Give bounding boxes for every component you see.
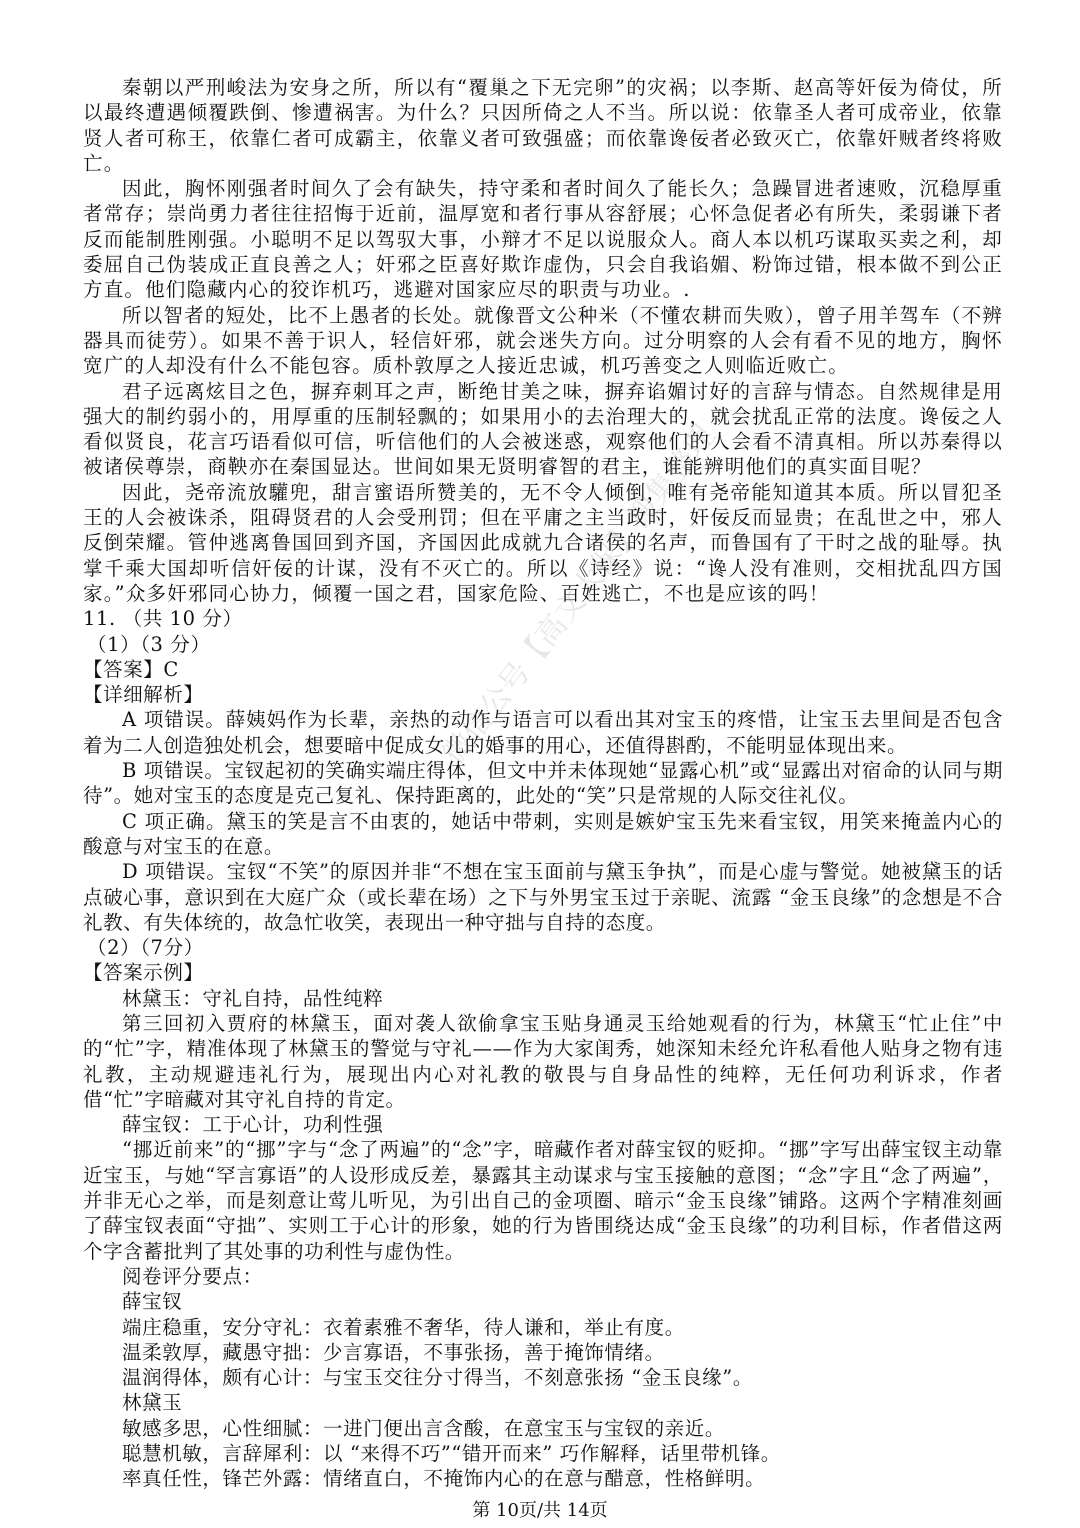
example-label: 【答案示例】: [83, 960, 1003, 985]
scoring-point: 敏感多思，心性细腻：一进门便出言含酸，在意宝玉与宝钗的亲近。: [83, 1416, 1003, 1441]
translation-paragraph: 因此，胸怀刚强者时间久了会有缺失，持守柔和者时间久了能长久；急躁冒进者速败，沉稳…: [83, 176, 1003, 302]
translation-paragraph: 所以智者的短处，比不上愚者的长处。就像晋文公种米（不懂农耕而失败），曾子用羊驾车…: [83, 303, 1003, 379]
question-title: 11. （共 10 分）: [83, 606, 1003, 631]
translation-section: 秦朝以严刑峻法为安身之所，所以有“覆巢之下无完卵”的灾祸；以李斯、赵高等奸佞为倚…: [83, 75, 1003, 606]
subquestion-2-label: （2）（7分）: [83, 935, 1003, 960]
scoring-point: 聪慧机敏，言辞犀利：以 “来得不巧”“错开而来” 巧作解释，话里带机锋。: [83, 1441, 1003, 1466]
xue-analysis: “挪近前来”的“挪”字与“念了两遍”的“念”字，暗藏作者对薛宝钗的贬抑。“挪”字…: [83, 1137, 1003, 1263]
question-11-section: 11. （共 10 分） （1）（3 分） 【答案】C 【详细解析】 A 项错误…: [83, 606, 1003, 1491]
document-page: 秦朝以严刑峻法为安身之所，所以有“覆巢之下无完卵”的灾祸；以李斯、赵高等奸佞为倚…: [83, 75, 1003, 1492]
subquestion-1-label: （1）（3 分）: [83, 632, 1003, 657]
analysis-item-b: B 项错误。宝钗起初的笑确实端庄得体，但文中并未体现她“显露心机”或“显露出对宿…: [83, 758, 1003, 809]
translation-paragraph: 君子远离炫目之色，摒弃刺耳之声，断绝甘美之味，摒弃谄媚讨好的言辞与情态。自然规律…: [83, 379, 1003, 480]
scoring-point: 端庄稳重，安分守礼：衣着素雅不奢华，待人谦和，举止有度。: [83, 1315, 1003, 1340]
answer-label: 【答案】C: [83, 657, 1003, 682]
translation-paragraph: 因此，尧帝流放驩兜，甜言蜜语所赞美的，无不令人倾倒，唯有尧帝能知道其本质。所以冒…: [83, 480, 1003, 606]
analysis-item-c: C 项正确。黛玉的笑是言不由衷的，她话中带刺，实则是嫉妒宝玉先来看宝钗，用笑来掩…: [83, 809, 1003, 860]
scoring-lin-name: 林黛玉: [83, 1390, 1003, 1415]
scoring-point: 温柔敦厚，藏愚守拙：少言寡语，不事张扬，善于掩饰情绪。: [83, 1340, 1003, 1365]
scoring-xue-name: 薛宝钗: [83, 1289, 1003, 1314]
analysis-item-a: A 项错误。薛姨妈作为长辈，亲热的动作与语言可以看出其对宝玉的疼惜，让宝玉去里间…: [83, 707, 1003, 758]
translation-paragraph: 秦朝以严刑峻法为安身之所，所以有“覆巢之下无完卵”的灾祸；以李斯、赵高等奸佞为倚…: [83, 75, 1003, 176]
analysis-item-d: D 项错误。宝钗“不笑”的原因并非“不想在宝玉面前与黛玉争执”，而是心虚与警觉。…: [83, 859, 1003, 935]
page-number-footer: 第 10页/共 14页: [0, 1496, 1080, 1522]
scoring-label: 阅卷评分要点：: [83, 1264, 1003, 1289]
scoring-point: 温润得体，颇有心计：与宝玉交往分寸得当，不刻意张扬 “金玉良缘”。: [83, 1365, 1003, 1390]
lin-heading: 林黛玉：守礼自持，品性纯粹: [83, 986, 1003, 1011]
lin-analysis: 第三回初入贾府的林黛玉，面对袭人欲偷拿宝玉贴身通灵玉给她观看的行为，林黛玉“忙止…: [83, 1011, 1003, 1112]
scoring-point: 率真任性，锋芒外露：情绪直白，不掩饰内心的在意与醋意，性格鲜明。: [83, 1466, 1003, 1491]
analysis-label: 【详细解析】: [83, 682, 1003, 707]
xue-heading: 薛宝钗：工于心计，功利性强: [83, 1112, 1003, 1137]
